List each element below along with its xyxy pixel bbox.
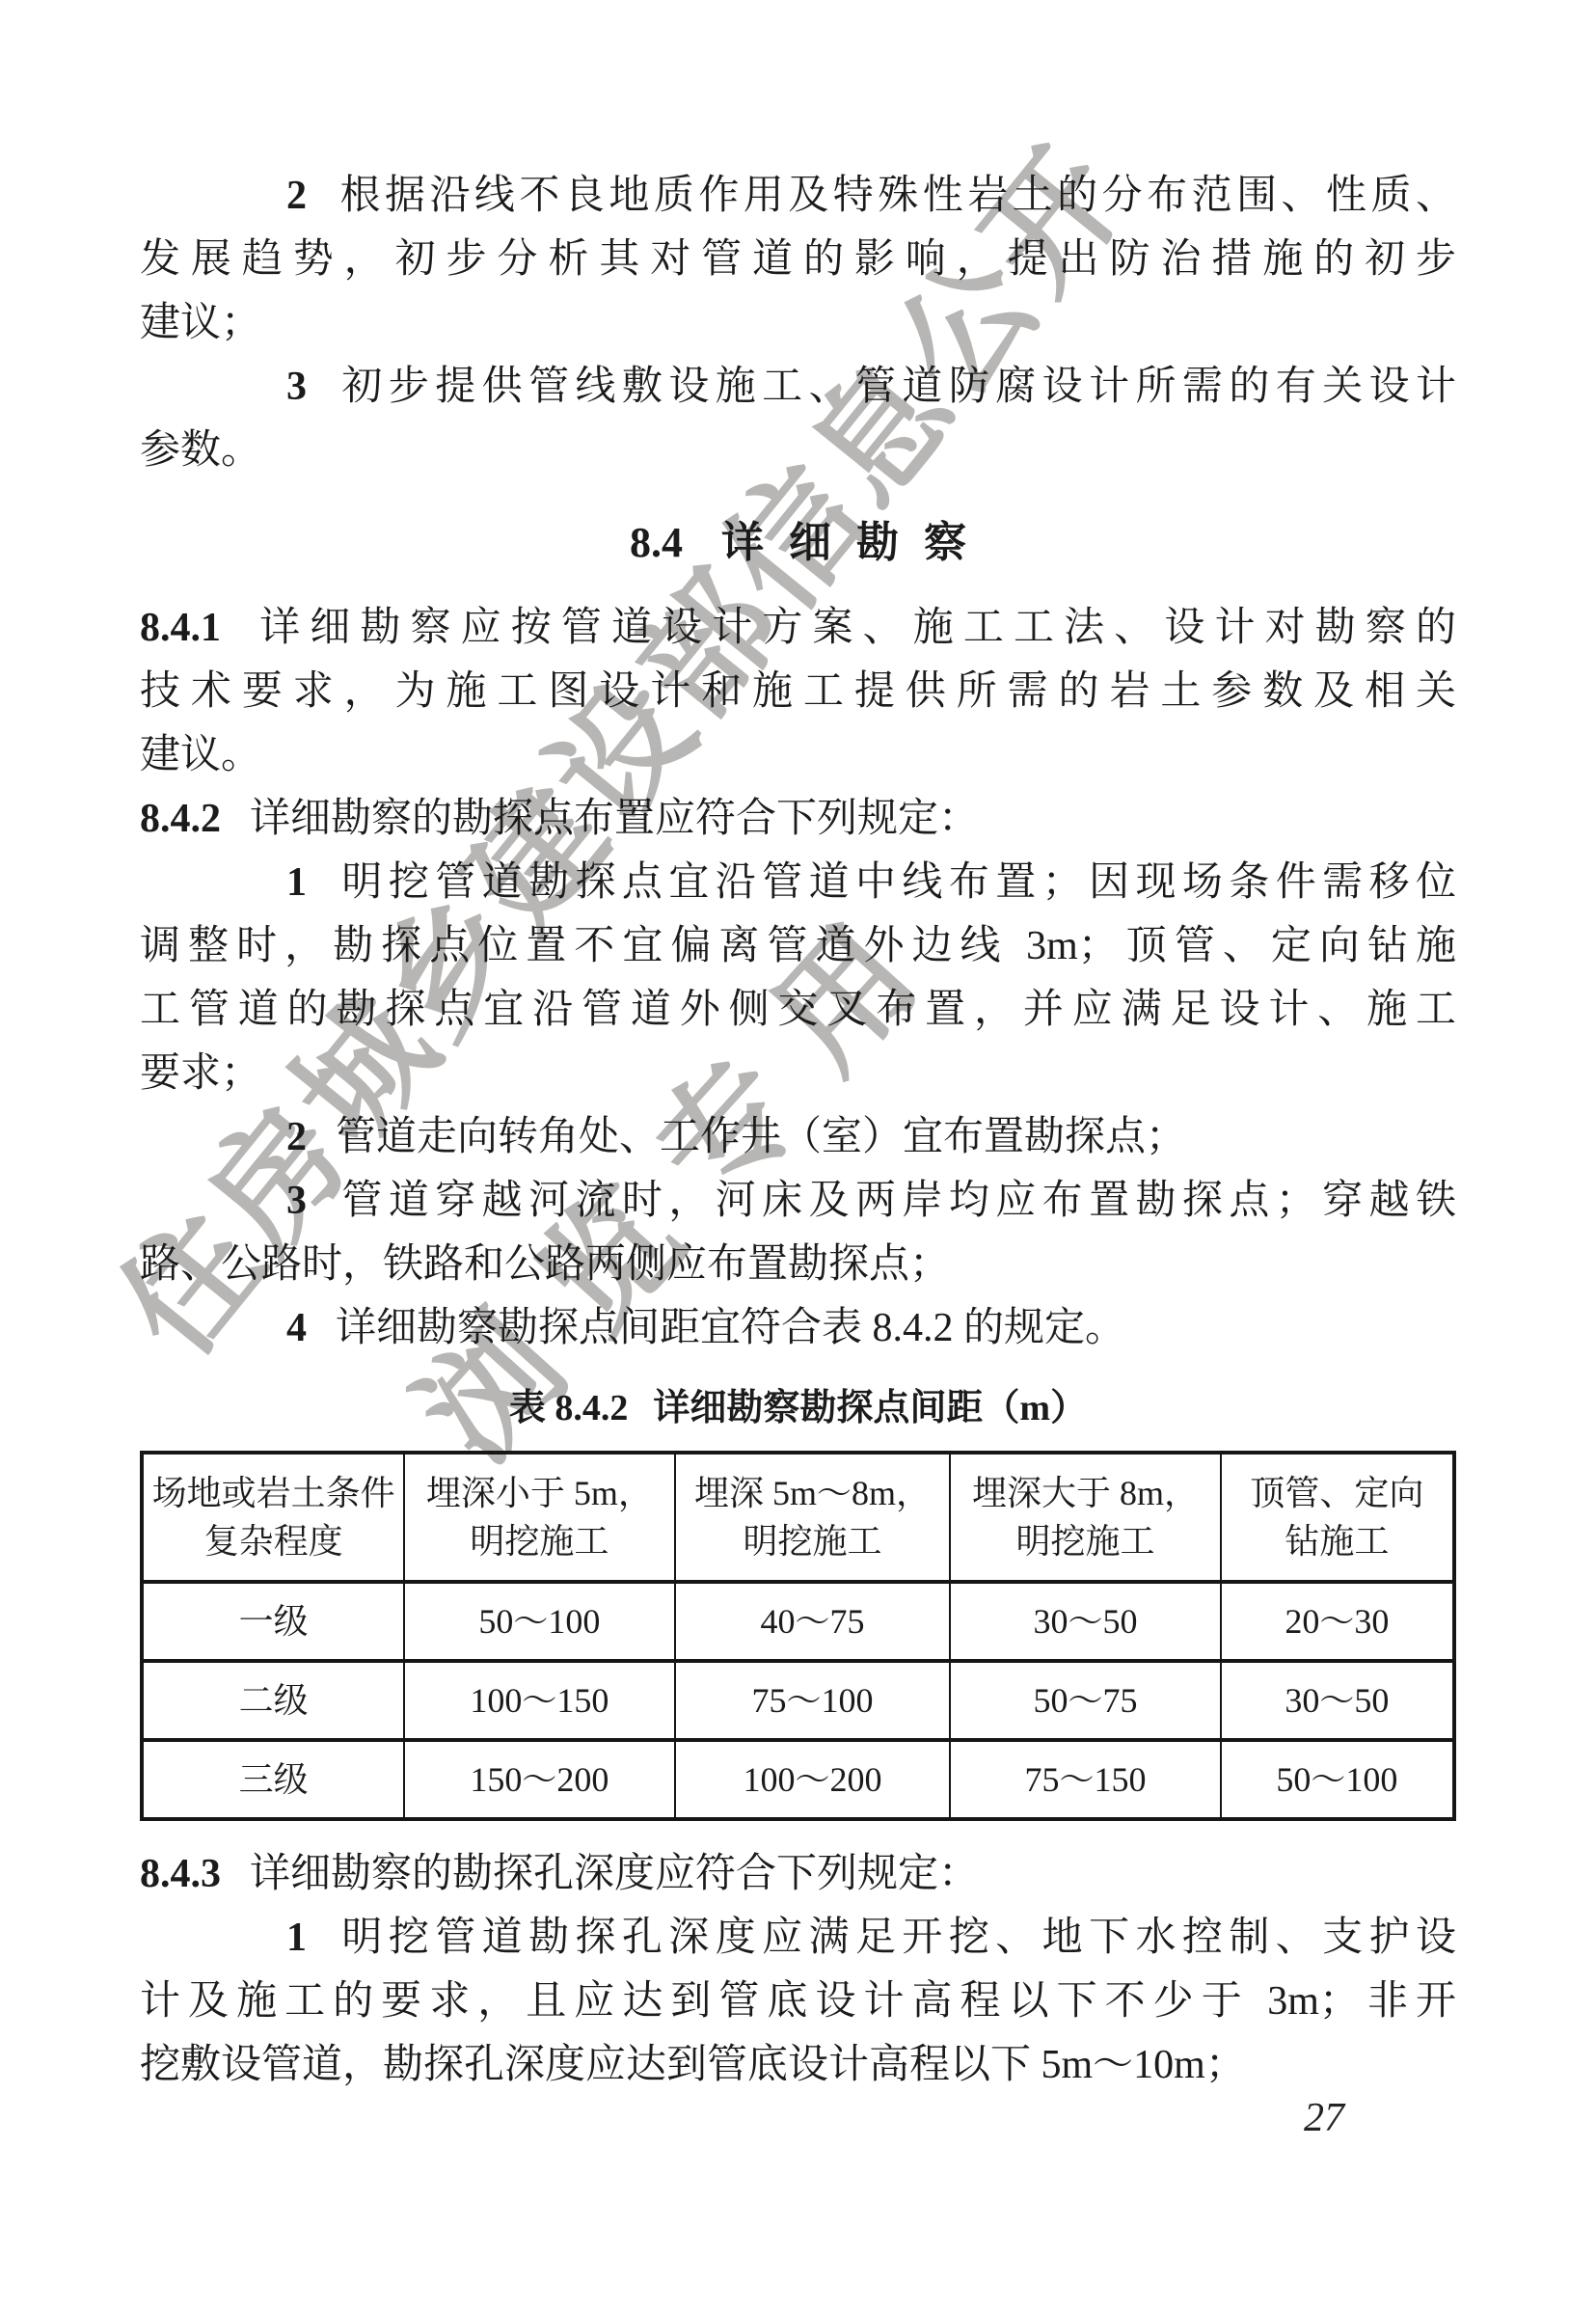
text-line: 调整时，勘探点位置不宜偏离管道外边线 3m；顶管、定向钻施 [140, 914, 1456, 978]
header-line: 埋深大于 8m， [955, 1469, 1215, 1517]
line-text: 建议； [140, 301, 261, 345]
text-line: 3管道穿越河流时，河床及两岸均应布置勘探点；穿越铁 [140, 1169, 1456, 1233]
table-title-text: 详细勘察勘探点间距（m） [653, 1388, 1087, 1428]
text-line: 8.4.1详细勘察应按管道设计方案、施工工法、设计对勘察的 [140, 596, 1456, 660]
text-line: 发展趋势，初步分析其对管道的影响，提出防治措施的初步 [140, 228, 1456, 291]
table-cell: 100～150 [404, 1661, 674, 1740]
line-text: 根据沿线不良地质作用及特殊性岩土的分布范围、性质、 [336, 174, 1456, 218]
text-line: 参数。 [140, 419, 1456, 482]
text-line: 要求； [140, 1042, 1456, 1105]
item-number: 3 [286, 1179, 307, 1223]
table-row: 三级 150～200 100～200 75～150 50～100 [142, 1740, 1454, 1819]
table-cell: 75～100 [675, 1661, 951, 1740]
item-number: 2 [286, 174, 307, 218]
text-line: 8.4.2详细勘察的勘探点布置应符合下列规定： [140, 787, 1456, 851]
line-text: 参数。 [140, 428, 261, 473]
line-text: 详细勘察的勘探点布置应符合下列规定： [250, 797, 979, 841]
line-text: 详细勘察勘探点间距宜符合表 8.4.2 的规定。 [336, 1306, 1125, 1350]
line-text: 路、公路时，铁路和公路两侧应布置勘探点； [140, 1242, 950, 1287]
table-cell: 50～75 [950, 1661, 1220, 1740]
table-cell: 20～30 [1221, 1582, 1454, 1661]
line-text: 明挖管道勘探孔深度应满足开挖、地下水控制、支护设 [336, 1916, 1456, 1960]
item-number: 3 [286, 365, 307, 409]
header-line: 明挖施工 [409, 1517, 669, 1565]
item-number: 1 [286, 860, 307, 905]
table-row: 二级 100～150 75～100 50～75 30～50 [142, 1661, 1454, 1740]
text-line: 1明挖管道勘探点宜沿管道中线布置；因现场条件需移位 [140, 851, 1456, 914]
line-text: 调整时，勘探点位置不宜偏离管道外边线 3m；顶管、定向钻施 [140, 924, 1456, 968]
text-line: 路、公路时，铁路和公路两侧应布置勘探点； [140, 1233, 1456, 1296]
line-text: 管道穿越河流时，河床及两岸均应布置勘探点；穿越铁 [336, 1179, 1456, 1223]
text-line: 工管道的勘探点宜沿管道外侧交叉布置，并应满足设计、施工 [140, 978, 1456, 1042]
text-line: 计及施工的要求，且应达到管底设计高程以下不少于 3m；非开 [140, 1970, 1456, 2033]
header-line: 顶管、定向 [1226, 1469, 1448, 1517]
section-number: 8.4 [630, 519, 683, 566]
header-line: 明挖施工 [955, 1517, 1215, 1565]
table-header-cell: 埋深小于 5m，明挖施工 [404, 1453, 674, 1582]
table-cell: 30～50 [1221, 1661, 1454, 1740]
exploration-point-spacing-table: 场地或岩土条件复杂程度 埋深小于 5m，明挖施工 埋深 5m～8m，明挖施工 埋… [140, 1451, 1456, 1821]
line-text: 详细勘察应按管道设计方案、施工工法、设计对勘察的 [250, 606, 1456, 650]
section-heading: 8.4详细勘察 [140, 511, 1456, 575]
line-text: 计及施工的要求，且应达到管底设计高程以下不少于 3m；非开 [140, 1979, 1456, 2024]
section-title: 详细勘察 [721, 519, 991, 566]
table-cell: 三级 [142, 1740, 404, 1819]
document-page: 住房城乡建设部信息公开 浏览专用 2根据沿线不良地质作用及特殊性岩土的分布范围、… [0, 0, 1596, 2311]
text-line: 3初步提供管线敷设施工、管道防腐设计所需的有关设计 [140, 355, 1456, 419]
text-line: 8.4.3详细勘察的勘探孔深度应符合下列规定： [140, 1842, 1456, 1906]
text-line: 4详细勘察勘探点间距宜符合表 8.4.2 的规定。 [140, 1296, 1456, 1360]
item-number: 4 [286, 1306, 307, 1350]
table-cell: 50～100 [1221, 1740, 1454, 1819]
line-text: 详细勘察的勘探孔深度应符合下列规定： [250, 1852, 979, 1896]
header-line: 场地或岩土条件 [148, 1469, 399, 1517]
table-cell: 40～75 [675, 1582, 951, 1661]
table-caption: 表 8.4.2详细勘察勘探点间距（m） [140, 1379, 1456, 1437]
table-header-cell: 埋深 5m～8m，明挖施工 [675, 1453, 951, 1582]
text-line: 建议； [140, 291, 1456, 355]
line-text: 技术要求，为施工图设计和施工提供所需的岩土参数及相关 [140, 669, 1456, 714]
table-cell: 100～200 [675, 1740, 951, 1819]
header-line: 钻施工 [1226, 1517, 1448, 1565]
table-cell: 二级 [142, 1661, 404, 1740]
header-line: 埋深 5m～8m， [680, 1469, 946, 1517]
line-text: 工管道的勘探点宜沿管道外侧交叉布置，并应满足设计、施工 [140, 988, 1456, 1032]
text-line: 2管道走向转角处、工作井（室）宜布置勘探点； [140, 1105, 1456, 1169]
line-text: 明挖管道勘探点宜沿管道中线布置；因现场条件需移位 [336, 860, 1456, 905]
item-number: 2 [286, 1115, 307, 1159]
text-line: 1明挖管道勘探孔深度应满足开挖、地下水控制、支护设 [140, 1906, 1456, 1970]
table-row: 一级 50～100 40～75 30～50 20～30 [142, 1582, 1454, 1661]
line-text: 初步提供管线敷设施工、管道防腐设计所需的有关设计 [336, 365, 1456, 409]
text-line: 技术要求，为施工图设计和施工提供所需的岩土参数及相关 [140, 660, 1456, 723]
line-text: 挖敷设管道，勘探孔深度应达到管底设计高程以下 5m～10m； [140, 2043, 1246, 2087]
header-line: 复杂程度 [148, 1517, 399, 1565]
table-header-cell: 顶管、定向钻施工 [1221, 1453, 1454, 1582]
header-line: 明挖施工 [680, 1517, 946, 1565]
line-text: 建议。 [140, 733, 261, 777]
text-line: 2根据沿线不良地质作用及特殊性岩土的分布范围、性质、 [140, 164, 1456, 228]
table-cell: 75～150 [950, 1740, 1220, 1819]
table-cell: 一级 [142, 1582, 404, 1661]
text-line: 建议。 [140, 723, 1456, 787]
table-cell: 30～50 [950, 1582, 1220, 1661]
text-line: 挖敷设管道，勘探孔深度应达到管底设计高程以下 5m～10m； [140, 2033, 1456, 2097]
table-header-cell: 埋深大于 8m，明挖施工 [950, 1453, 1220, 1582]
page-number: 27 [1304, 2095, 1344, 2141]
item-number: 1 [286, 1916, 307, 1960]
table-number: 表 8.4.2 [509, 1388, 629, 1428]
header-line: 埋深小于 5m， [409, 1469, 669, 1517]
clause-number: 8.4.3 [140, 1852, 221, 1896]
clause-number: 8.4.2 [140, 797, 221, 841]
line-text: 要求； [140, 1051, 261, 1096]
table-header-row: 场地或岩土条件复杂程度 埋深小于 5m，明挖施工 埋深 5m～8m，明挖施工 埋… [142, 1453, 1454, 1582]
document-body: 2根据沿线不良地质作用及特殊性岩土的分布范围、性质、 发展趋势，初步分析其对管道… [140, 164, 1456, 2097]
table-cell: 150～200 [404, 1740, 674, 1819]
line-text: 发展趋势，初步分析其对管道的影响，提出防治措施的初步 [140, 237, 1456, 282]
table-cell: 50～100 [404, 1582, 674, 1661]
line-text: 管道走向转角处、工作井（室）宜布置勘探点； [336, 1115, 1186, 1159]
clause-number: 8.4.1 [140, 606, 221, 650]
table-header-cell: 场地或岩土条件复杂程度 [142, 1453, 404, 1582]
